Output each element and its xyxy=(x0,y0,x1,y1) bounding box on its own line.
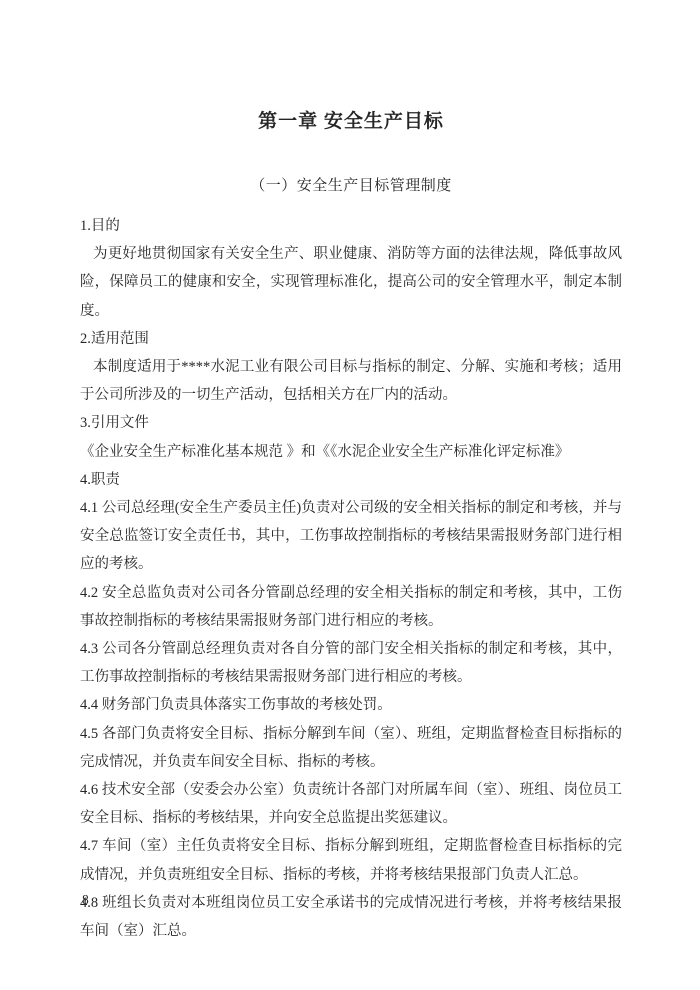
paragraph: 4.1 公司总经理(安全生产委员主任)负责对公司级的安全相关指标的制定和考核，并… xyxy=(80,494,622,579)
paragraph: 4.4 财务部门负责具体落实工伤事故的考核处罚。 xyxy=(80,691,622,719)
chapter-title: 第一章 安全生产目标 xyxy=(80,110,622,134)
paragraph: 《企业安全生产标准化基本规范 》和《《水泥企业安全生产标准化评定标准》 xyxy=(80,438,622,466)
paragraph: 4.8 班组长负责对本班组岗位员工安全承诺书的完成情况进行考核，并将考核结果报车… xyxy=(80,889,622,945)
paragraph: 3.引用文件 xyxy=(80,409,622,437)
paragraph: 4.2 安全总监负责对公司各分管副总经理的安全相关指标的制定和考核，其中，工伤事… xyxy=(80,579,622,635)
document-body: 1.目的为更好地贯彻国家有关安全生产、职业健康、消防等方面的法律法规，降低事故风… xyxy=(80,212,622,945)
section-title: （一）安全生产目标管理制度 xyxy=(80,176,622,196)
page-number: 8 xyxy=(82,891,89,909)
paragraph: 本制度适用于****水泥工业有限公司目标与指标的制定、分解、实施和考核；适用于公… xyxy=(80,353,622,409)
paragraph: 4.职责 xyxy=(80,466,622,494)
paragraph: 4.6 技术安全部（安委会办公室）负责统计各部门对所属车间（室）、班组、岗位员工… xyxy=(80,776,622,832)
document-page: 第一章 安全生产目标 （一）安全生产目标管理制度 1.目的为更好地贯彻国家有关安… xyxy=(0,0,700,990)
paragraph: 为更好地贯彻国家有关安全生产、职业健康、消防等方面的法律法规，降低事故风险，保障… xyxy=(80,240,622,325)
paragraph: 4.7 车间（室）主任负责将安全目标、指标分解到班组，定期监督检查目标指标的完成… xyxy=(80,832,622,888)
document-content: 第一章 安全生产目标 （一）安全生产目标管理制度 1.目的为更好地贯彻国家有关安… xyxy=(80,110,622,945)
paragraph: 4.5 各部门负责将安全目标、指标分解到车间（室）、班组，定期监督检查目标指标的… xyxy=(80,720,622,776)
paragraph: 1.目的 xyxy=(80,212,622,240)
paragraph: 2.适用范围 xyxy=(80,325,622,353)
paragraph: 4.3 公司各分管副总经理负责对各自分管的部门安全相关指标的制定和考核，其中，工… xyxy=(80,635,622,691)
